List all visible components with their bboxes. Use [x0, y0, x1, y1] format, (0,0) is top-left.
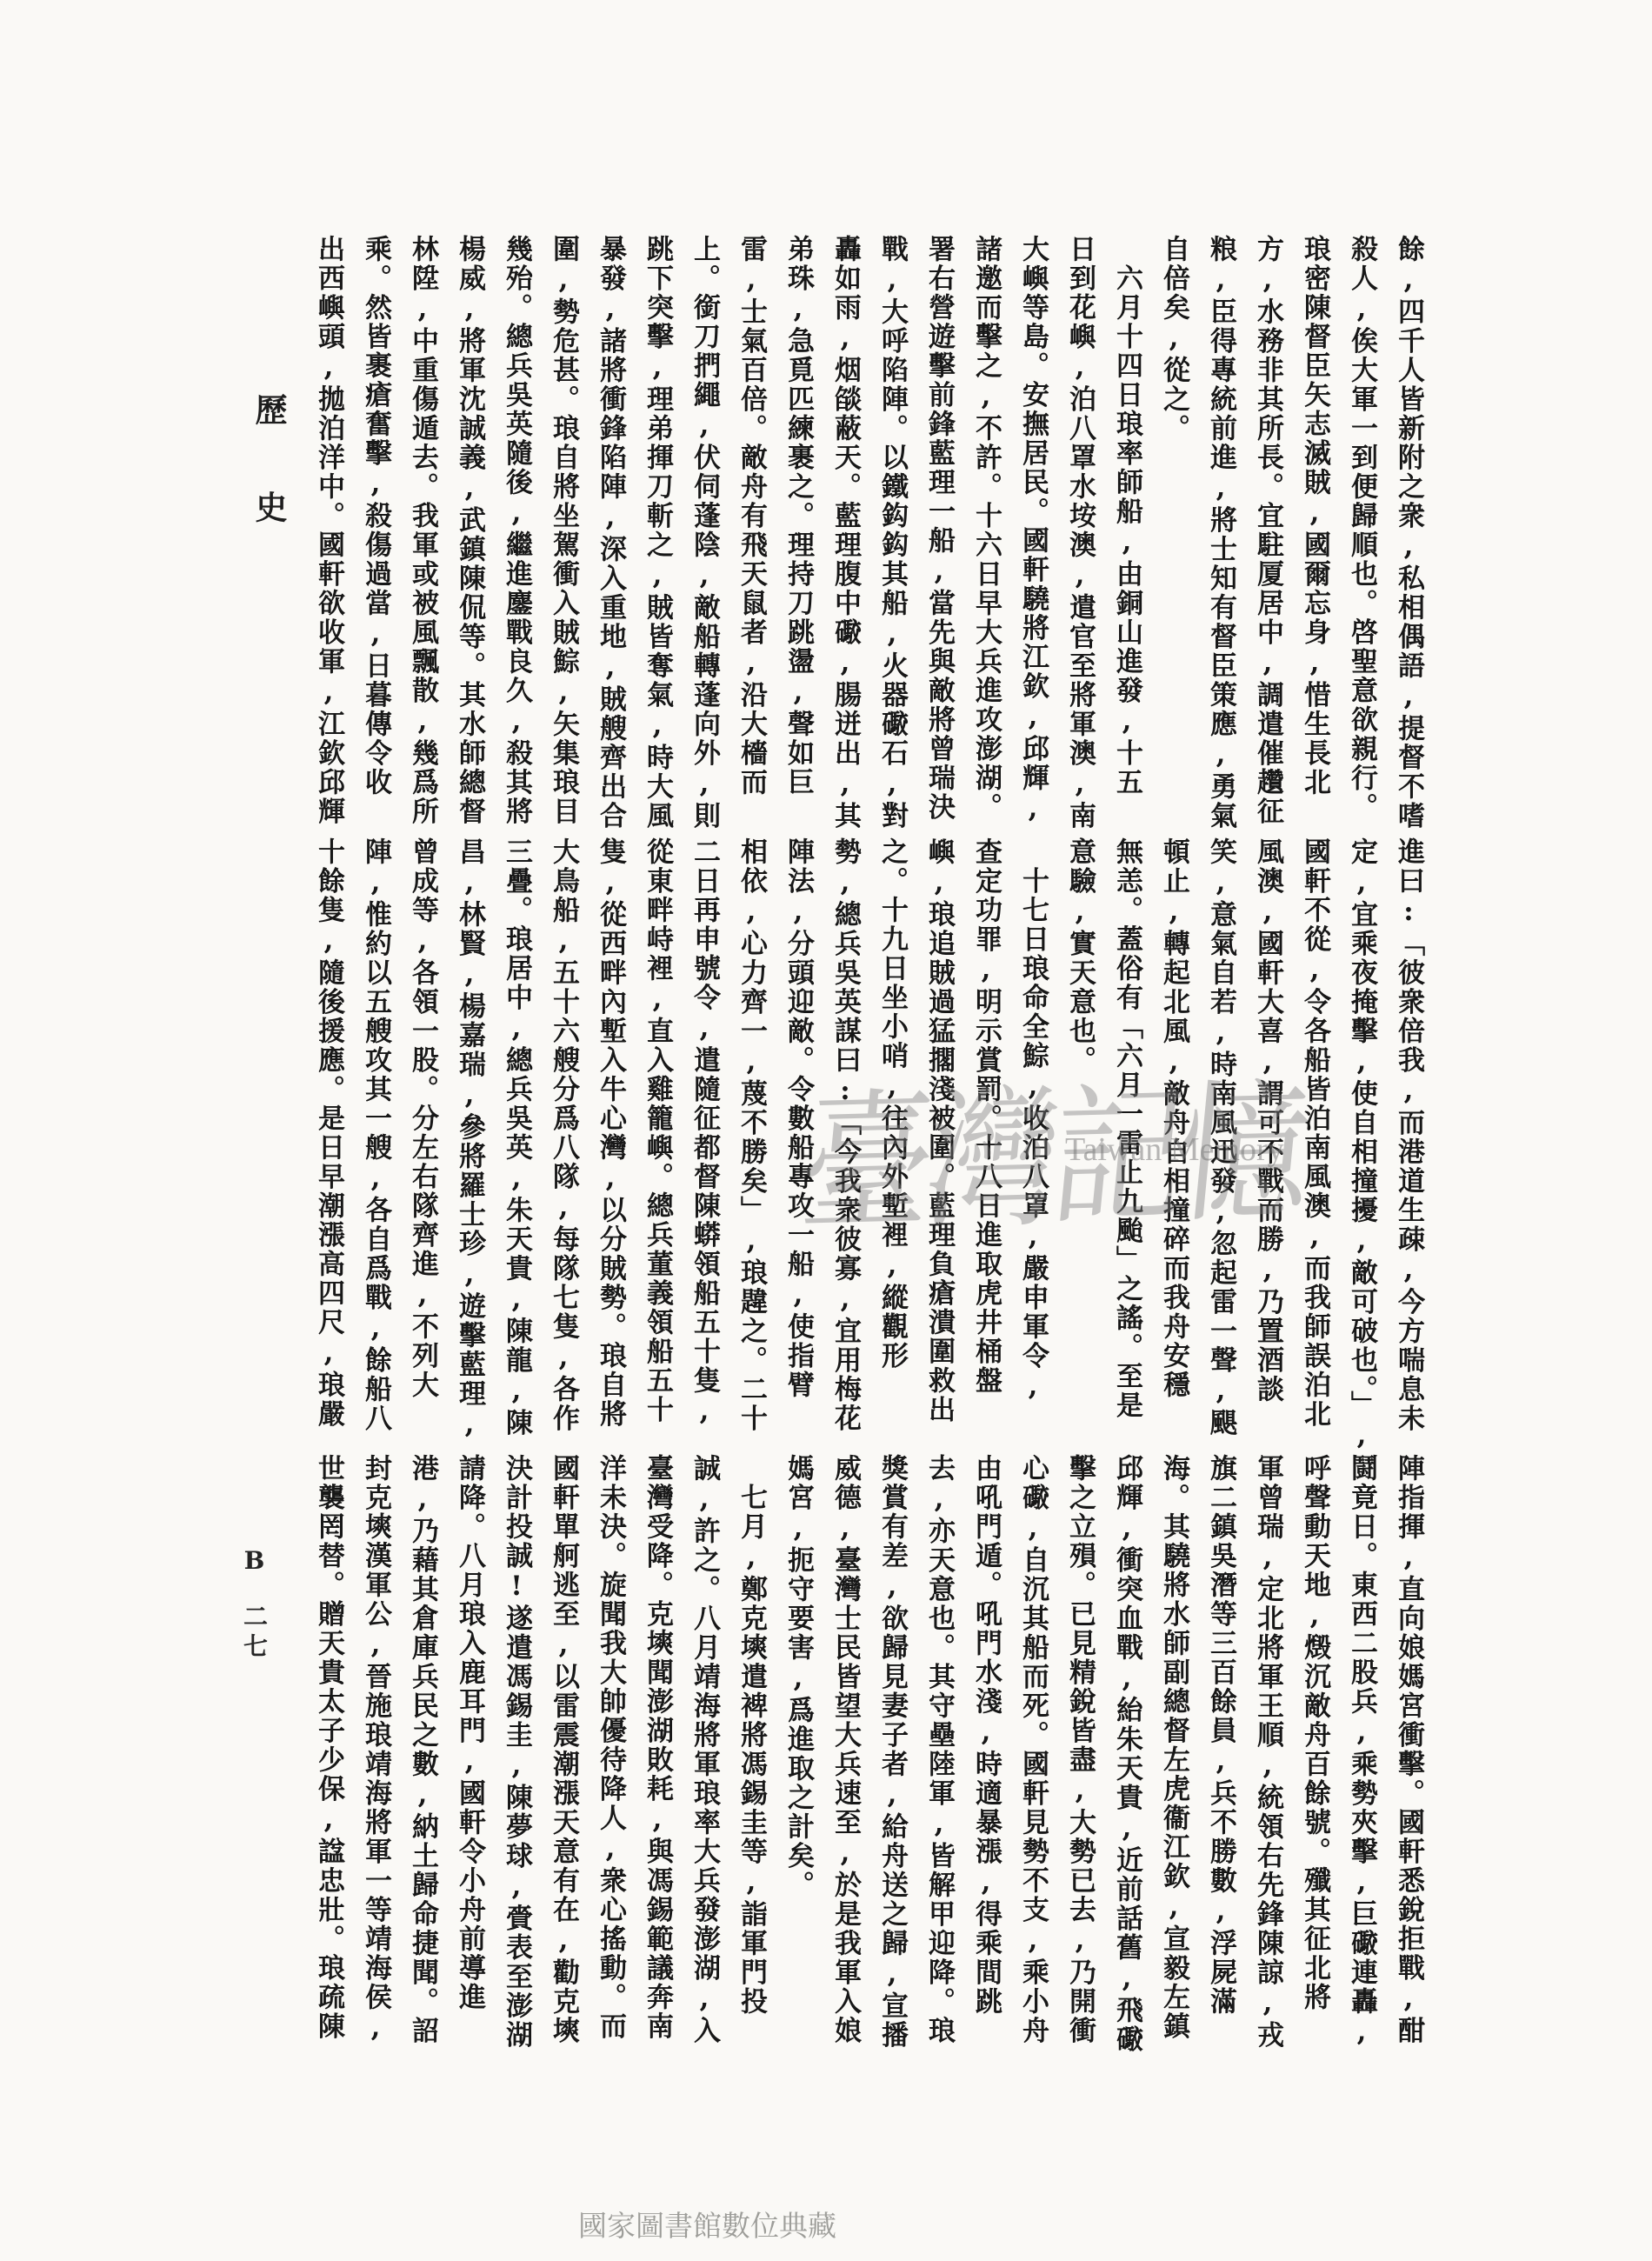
text-column: 殺人,俟大軍一到便歸順也。啓聖意欲親行。 — [1338, 235, 1385, 835]
text-column: 幾殆。總兵吳英隨後,繼進鏖戰良久,殺其將 — [493, 235, 540, 835]
text-column: 嶼,琅追賊過猛擱淺被圍。藍理負瘡潰圍救出 — [916, 837, 963, 1437]
text-column: 上。銜刀捫繩,伏伺蓬陰,敵船轉蓬向外,則 — [681, 235, 728, 835]
text-column: 邱輝,衝突血戰,紿朱天貴,近前話舊,飛礮 — [1103, 1454, 1150, 2063]
text-column: 琅密陳督臣矢志滅賊,國爾忘身,惜生長北 — [1291, 235, 1338, 835]
text-column: 七月,鄭克塽遣裨將馮錫圭等,詣軍門投 — [728, 1454, 775, 2063]
margin-label-history: 歷史 — [245, 393, 292, 588]
text-column: 意驗,實天意也。 — [1056, 837, 1103, 1437]
text-column: 去,亦天意也。其守壘陸軍,皆解甲迎降。琅 — [916, 1454, 963, 2063]
text-column: 查定功罪,明示賞罰。十八日進取虎井桶盤 — [963, 837, 1009, 1437]
text-column: 乘。然皆裹瘡奮擊,殺傷過當,日暮傳令收 — [352, 235, 399, 835]
text-column: 港,乃藉其倉庫兵民之數,納土歸命捷聞。詔 — [399, 1454, 446, 2063]
text-column: 勢,總兵吳英謀曰:「今我衆彼寡,宜用梅花 — [822, 837, 869, 1437]
text-column: 署右營遊擊前鋒藍理一船,當先與敵將曾瑞決 — [916, 235, 963, 835]
text-band-middle: 進曰:「彼衆倍我,而港道生疎,今方喘息未定,宜乘夜掩擊,使自相撞擾,敵可破也。」… — [302, 837, 1432, 1437]
text-column: 無恙。蓋俗有「六月一雷止九颱」之謠。至是 — [1103, 837, 1150, 1437]
footer-caption: 國家圖書館數位典藏 — [578, 2204, 836, 2244]
text-column: 由吼門遁。吼門水淺,時適暴漲,得乘間跳 — [963, 1454, 1009, 2063]
scanned-page: 歷史 餘,四千人皆新附之衆,私相偶語,提督不嗜殺人,俟大軍一到便歸順也。啓聖意欲… — [0, 0, 1652, 2261]
text-band-top: 餘,四千人皆新附之衆,私相偶語,提督不嗜殺人,俟大軍一到便歸順也。啓聖意欲親行。… — [302, 235, 1432, 835]
text-column: 粮,臣得專統前進,將士知有督臣策應,勇氣 — [1197, 235, 1244, 835]
text-column: 臺灣受降。克塽聞澎湖敗耗,與馮錫範議奔南 — [634, 1454, 681, 2063]
text-column: 林陞,中重傷遁去。我軍或被風飄散,幾爲所 — [399, 235, 446, 835]
text-column: 諸邀而擊之,不許。十六日早大兵進攻澎湖。 — [963, 235, 1009, 835]
text-column: 隻,從西畔內塹入牛心灣,以分賊勢。琅自將 — [587, 837, 634, 1437]
text-column: 世襲罔替。贈天貴太子少保,諡忠壯。琅疏陳 — [305, 1454, 352, 2063]
text-column: 國軒不從,令各船皆泊南風澳,而我師誤泊北 — [1291, 837, 1338, 1437]
text-column: 洋未決。旋聞我大帥優待降人,衆心搖動。而 — [587, 1454, 634, 2063]
text-column: 暴發,諸將衝鋒陷陣,深入重地,賊艘齊出合 — [587, 235, 634, 835]
page-number-prefix: B — [240, 1546, 269, 1575]
text-column: 請降。八月琅入鹿耳門,國軒令小舟前導進 — [446, 1454, 493, 2063]
text-column: 軍曾瑞,定北將軍王順,統領右先鋒陳諒,戎 — [1244, 1454, 1291, 2063]
text-column: 雷,士氣百倍。敵舟有飛天鼠者,沿大檣而 — [728, 235, 775, 835]
text-column: 相依,心力齊一,蔑不勝矣」,琅韙之。二十 — [728, 837, 775, 1437]
text-column: 楊威,將軍沈誠義,武鎮陳侃等。其水師總督 — [446, 235, 493, 835]
text-column: 媽宮,扼守要害,爲進取之計矣。 — [775, 1454, 822, 2063]
text-column: 轟如雨,烟燄蔽天。藍理腹中礮,腸迸出,其 — [822, 235, 869, 835]
text-column: 威德,臺灣士民皆望大兵速至,於是我軍入娘 — [822, 1454, 869, 2063]
text-column: 跳下突擊,理弟揮刀斬之,賊皆奪氣,時大風 — [634, 235, 681, 835]
text-column: 陣指揮,直向娘媽宮衝擊。國軒悉銳拒戰,酣 — [1385, 1454, 1432, 2063]
text-column: 方,水務非其所長。宜駐厦居中,調遣催趲征 — [1244, 235, 1291, 835]
text-column: 心礮,自沉其船而死。國軒見勢不支,乘小舟 — [1009, 1454, 1056, 2063]
text-column: 海。其驍將水師副總督左虎衞江欽,宣毅左鎮 — [1150, 1454, 1197, 2063]
text-column: 頓止,轉起北風,敵舟自相撞碎而我舟安穩 — [1150, 837, 1197, 1437]
text-column: 陣法,分頭迎敵。令數船專攻一船,使指臂 — [775, 837, 822, 1437]
text-column: 旗二鎮吳潛等三百餘員,兵不勝數,浮屍滿 — [1197, 1454, 1244, 2063]
text-column: 鬪竟日。東西二股兵,乘勢夾擊,巨礮連轟, — [1338, 1454, 1385, 2063]
page-number-value: 二七 — [240, 1604, 269, 1663]
text-column: 戰,大呼陷陣。以鐵鈎鈎其船,火器礮石,對 — [869, 235, 916, 835]
text-column: 十七日琅命全鯮,收泊八罩,嚴申軍令, — [1009, 837, 1056, 1437]
text-column: 六月十四日琅率師船,由銅山進發,十五 — [1103, 235, 1150, 835]
text-column: 圍,勢危甚。琅自將坐駕衝入賊鯮,矢集琅目 — [540, 235, 587, 835]
text-column: 昌,林賢,楊嘉瑞,參將羅士珍,遊擊藍理, — [446, 837, 493, 1437]
text-column: 陣,惟約以五艘攻其一艘,各自爲戰,餘船八 — [352, 837, 399, 1437]
text-column: 日到花嶼,泊八罩水垵澳,遣官至將軍澳,南 — [1056, 235, 1103, 835]
text-column: 曾成等,各領一股。分左右隊齊進,不列大 — [399, 837, 446, 1437]
text-column: 笑,意氣自若,時南風迅發,忽起雷一聲,颶 — [1197, 837, 1244, 1437]
text-column: 之。十九日坐小哨,往內外塹裡,縱觀形 — [869, 837, 916, 1437]
text-column: 弟珠,急覓匹練裹之。理持刀跳盪,聲如巨 — [775, 235, 822, 835]
page-number-label: B 二七 — [236, 1546, 271, 1663]
text-column: 封克塽漢軍公,晉施琅靖海將軍一等靖海侯, — [352, 1454, 399, 2063]
text-band-bottom: 陣指揮,直向娘媽宮衝擊。國軒悉銳拒戰,酣鬪竟日。東西二股兵,乘勢夾擊,巨礮連轟,… — [302, 1454, 1432, 2063]
text-column: 三疊。琅居中,總兵吳英,朱天貴,陳龍,陳 — [493, 837, 540, 1437]
text-column: 決計投誠!遂遣馮錫圭,陳夢球,賫表至澎湖 — [493, 1454, 540, 2063]
text-column: 二日再申號令,遣隨征都督陳蟒領船五十隻, — [681, 837, 728, 1437]
text-column: 大鳥船,五十六艘分爲八隊,每隊七隻,各作 — [540, 837, 587, 1437]
text-column: 國軒單舸逃至,以雷震潮漲天意有在,勸克塽 — [540, 1454, 587, 2063]
text-column: 呼聲動天地,燬沉敵舟百餘號。殲其征北將 — [1291, 1454, 1338, 2063]
text-column: 大嶼等島。安撫居民。國軒驍將江欽,邱輝, — [1009, 235, 1056, 835]
text-column: 餘,四千人皆新附之衆,私相偶語,提督不嗜 — [1385, 235, 1432, 835]
text-column: 出西嶼頭,拋泊洋中。國軒欲收軍,江欽邱輝 — [305, 235, 352, 835]
text-column: 十餘隻,隨後援應。是日早潮漲高四尺,琅嚴 — [305, 837, 352, 1437]
text-column: 擊之立殞。已見精銳皆盡,大勢已去,乃開衝 — [1056, 1454, 1103, 2063]
text-column: 定,宜乘夜掩擊,使自相撞擾,敵可破也。」, — [1338, 837, 1385, 1437]
text-column: 獎賞有差,欲歸見妻子者,給舟送之歸,宣播 — [869, 1454, 916, 2063]
text-column: 從東畔峙裡,直入雞籠嶼。總兵董義領船五十 — [634, 837, 681, 1437]
text-column: 進曰:「彼衆倍我,而港道生疎,今方喘息未 — [1385, 837, 1432, 1437]
text-column: 自倍矣,從之。 — [1150, 235, 1197, 835]
text-column: 風澳,國軒大喜,謂可不戰而勝,乃置酒談 — [1244, 837, 1291, 1437]
text-column: 誠,許之。八月靖海將軍琅率大兵發澎湖,入 — [681, 1454, 728, 2063]
